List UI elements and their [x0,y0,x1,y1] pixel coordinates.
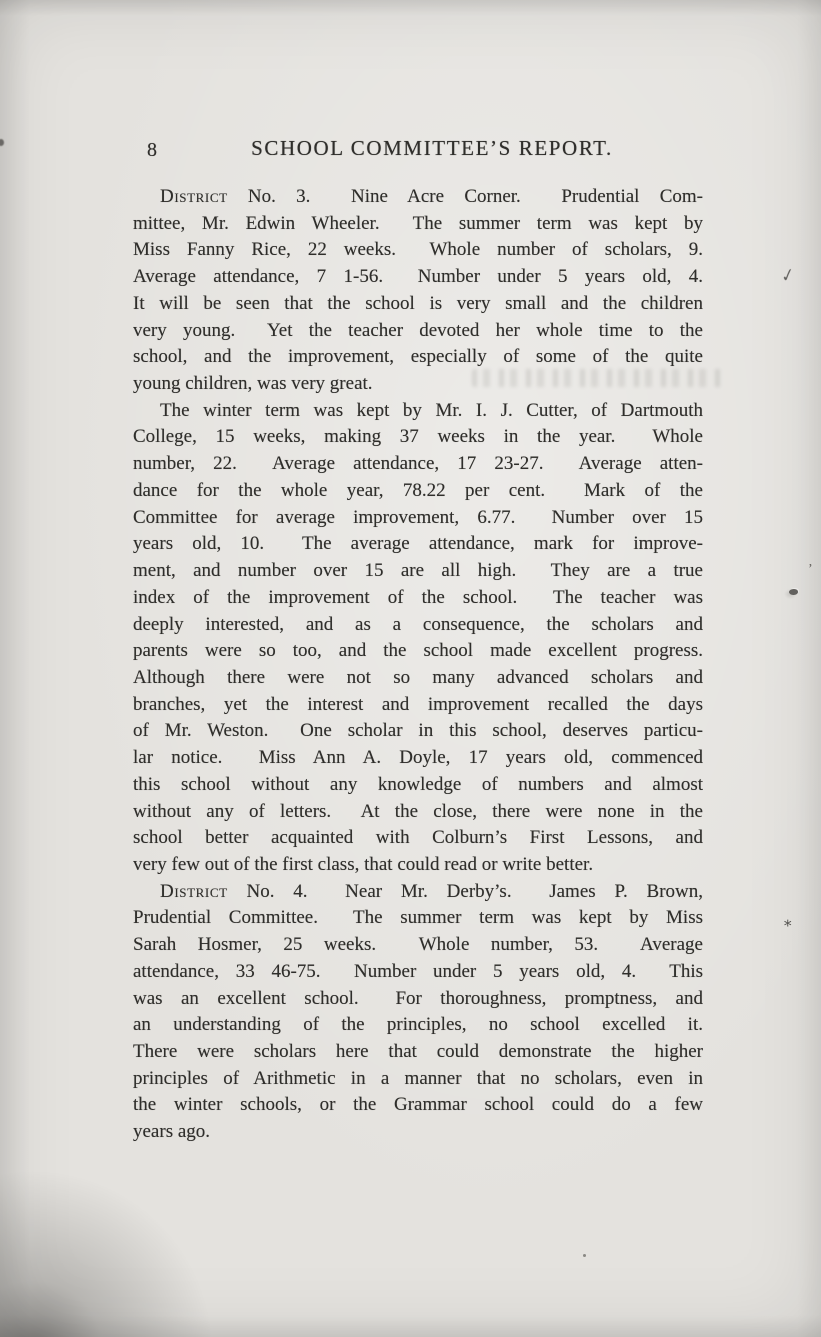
text-line: Committee for average improvement, 6.77.… [133,505,703,532]
text-line: attendance, 33 46-75. Number under 5 yea… [133,959,703,986]
text-line: Miss Fanny Rice, 22 weeks. Whole number … [133,237,703,264]
text-line: years old, 10. The average attendance, m… [133,531,703,558]
text-line: without any of letters. At the close, th… [133,799,703,826]
text-line: school, and the improvement, especially … [133,344,703,371]
stray-ink-mark-icon: ’ [808,562,813,578]
text-line: mittee, Mr. Edwin Wheeler. The summer te… [133,211,703,238]
text-line: number, 22. Average attendance, 17 23-27… [133,451,703,478]
text-line: principles of Arithmetic in a manner tha… [133,1066,703,1093]
text-line: very few out of the first class, that co… [133,852,703,879]
text-line: parents were so too, and the school made… [133,638,703,665]
text-line: years ago. [133,1119,703,1146]
text-line: District No. 3. Nine Acre Corner. Pruden… [133,184,703,211]
text-line: There were scholars here that could demo… [133,1039,703,1066]
text-line: The winter term was kept by Mr. I. J. Cu… [133,398,703,425]
edge-speck [0,139,4,146]
text-line: very young. Yet the teacher devoted her … [133,318,703,345]
text-line: branches, yet the interest and improveme… [133,692,703,719]
running-title: SCHOOL COMMITTEE’S REPORT. [251,136,613,161]
paper-flaw-mark [789,589,798,595]
small-caps-word: District [160,186,228,207]
text-line: Although there were not so many advanced… [133,665,703,692]
text-line: young children, was very great. [133,371,703,398]
page-header: 8 SCHOOL COMMITTEE’S REPORT. [133,136,703,164]
text-line: Average attendance, 7 1-56. Number under… [133,264,703,291]
text-line: Sarah Hosmer, 25 weeks. Whole number, 53… [133,932,703,959]
text-line: It will be seen that the school is very … [133,291,703,318]
text-line: District No. 4. Near Mr. Derby’s. James … [133,879,703,906]
text-line: dance for the whole year, 78.22 per cent… [133,478,703,505]
text-line: Prudential Committee. The summer term wa… [133,905,703,932]
scanned-book-page: 8 SCHOOL COMMITTEE’S REPORT. District No… [0,0,821,1337]
text-line: an understanding of the principles, no s… [133,1012,703,1039]
text-line: ment, and number over 15 are all high. T… [133,558,703,585]
asterisk-mark-icon: ⁎ [784,912,792,931]
text-line: College, 15 weeks, making 37 weeks in th… [133,424,703,451]
text-line: index of the improvement of the school. … [133,585,703,612]
text-line: of Mr. Weston. One scholar in this schoo… [133,718,703,745]
small-caps-word: District [160,881,228,902]
text-line: deeply interested, and as a consequence,… [133,612,703,639]
page-number: 8 [147,139,158,162]
text-line: was an excellent school. For thoroughnes… [133,986,703,1013]
text-line: the winter schools, or the Grammar schoo… [133,1092,703,1119]
text-line: this school without any knowledge of num… [133,772,703,799]
body-text: District No. 3. Nine Acre Corner. Pruden… [133,184,703,1146]
paper-speck [583,1254,586,1257]
pencil-check-mark-icon: ✓ [780,264,797,288]
text-line: lar notice. Miss Ann A. Doyle, 17 years … [133,745,703,772]
text-line: school better acquainted with Colburn’s … [133,825,703,852]
